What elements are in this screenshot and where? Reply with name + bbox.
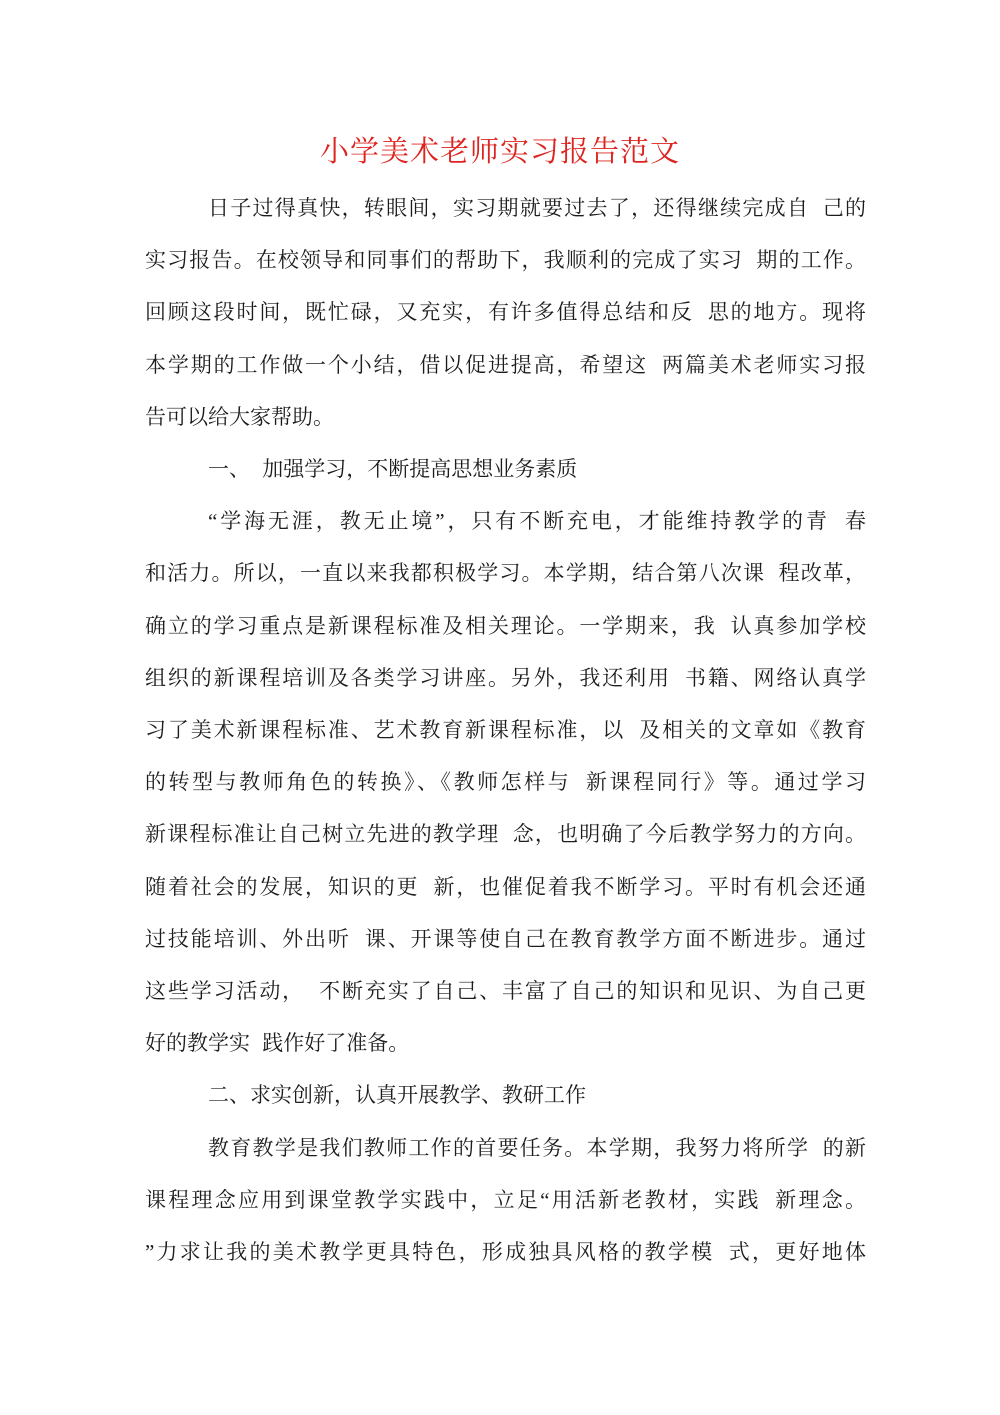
document-page: 小学美术老师实习报告范文 日子过得真快，转眼间，实习期就要过去了，还得继续完成自… <box>0 0 1000 1415</box>
paragraph-line: 确立的学习重点是新课程标准及相关理论。一学期来，我 认真参加学校 <box>145 600 866 652</box>
paragraph-line: 这些学习活动， 不断充实了自己、丰富了自己的知识和见识、为自己更 <box>145 965 866 1017</box>
paragraph-line: 随着社会的发展，知识的更 新，也催促着我不断学习。平时有机会还通 <box>145 861 866 913</box>
section-heading: 一、 加强学习，不断提高思想业务素质 <box>145 443 866 495</box>
paragraph-line: 过技能培训、外出听 课、开课等使自己在教育教学方面不断进步。通过 <box>145 913 866 965</box>
paragraph-line: 好的教学实 践作好了准备。 <box>145 1017 866 1069</box>
paragraph-line: 组织的新课程培训及各类学习讲座。另外，我还利用 书籍、网络认真学 <box>145 652 866 704</box>
paragraph-line: 的转型与教师角色的转换》、《教师怎样与 新课程同行》等。通过学习 <box>145 756 866 808</box>
paragraph-line: 课程理念应用到课堂教学实践中，立足“用活新老教材，实践 新理念。 <box>145 1174 866 1226</box>
paragraph-line: 告可以给大家帮助。 <box>145 391 866 443</box>
paragraph-line: 回顾这段时间，既忙碌，又充实，有许多值得总结和反 思的地方。现将 <box>145 286 866 338</box>
document-title: 小学美术老师实习报告范文 <box>0 0 1000 174</box>
paragraph-line: 实习报告。在校领导和同事们的帮助下，我顺利的完成了实习 期的工作。 <box>145 234 866 286</box>
paragraph-line: 习了美术新课程标准、艺术教育新课程标准，以 及相关的文章如《教育 <box>145 704 866 756</box>
paragraph-line: “学海无涯，教无止境”，只有不断充电，才能维持教学的青 春 <box>145 495 866 547</box>
document-body: 日子过得真快，转眼间，实习期就要过去了，还得继续完成自 己的 实习报告。在校领导… <box>145 182 866 1278</box>
paragraph-line: 教育教学是我们教师工作的首要任务。本学期，我努力将所学 的新 <box>145 1122 866 1174</box>
paragraph-line: 本学期的工作做一个小结，借以促进提高，希望这 两篇美术老师实习报 <box>145 339 866 391</box>
paragraph-line: 新课程标准让自己树立先进的教学理 念，也明确了今后教学努力的方向。 <box>145 808 866 860</box>
paragraph-line: ”力求让我的美术教学更具特色，形成独具风格的教学模 式，更好地体 <box>145 1226 866 1278</box>
section-heading: 二、求实创新，认真开展教学、教研工作 <box>145 1069 866 1121</box>
paragraph-line: 日子过得真快，转眼间，实习期就要过去了，还得继续完成自 己的 <box>145 182 866 234</box>
paragraph-line: 和活力。所以，一直以来我都积极学习。本学期，结合第八次课 程改革， <box>145 547 866 599</box>
